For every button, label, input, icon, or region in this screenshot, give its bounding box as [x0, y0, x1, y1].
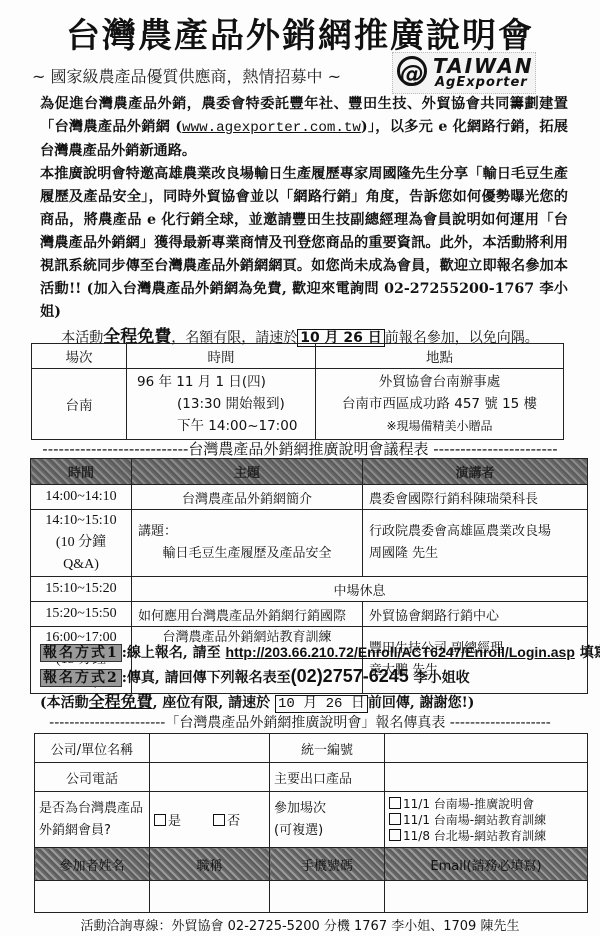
member-question-label: 是否為台灣農產品外銷網會員? — [35, 792, 150, 848]
intro-paragraph-2: 本推廣說明會特邀高雄農業改良場輸日生產履歷專家周國隆先生分享「輸日毛豆生產履歷及… — [40, 163, 568, 324]
form-heading: -----------------------「台灣農產品外銷網推廣說明會」報名… — [0, 712, 600, 732]
contact-footer: 活動洽詢專線：外貿協會 02-2725-5200 分機 1767 李小姐、170… — [0, 915, 600, 934]
session-table: 場次 時間 地點 台南 96 年 11 月 1 日(四) (13:30 開始報到… — [31, 343, 564, 440]
col-header-email: Email(請務必填寫) — [385, 848, 588, 881]
registration-method-1: 報名方式1:線上報名, 請至 http://203.66.210.72/Enro… — [40, 642, 600, 662]
online-registration-link[interactable]: http://203.66.210.72/Enroll/ACT6247/Enro… — [226, 644, 575, 660]
website-link[interactable]: www.agexporter.com.tw — [182, 120, 361, 136]
table-row: 14:10~15:10(10 分鐘 Q&A) 講題：輸日毛豆生產履歷及產品安全 … — [31, 510, 588, 577]
company-phone-field[interactable] — [150, 763, 270, 792]
logo-text-agexporter: AgExporter — [435, 75, 528, 90]
page-subtitle: ~ 國家級農產品優質供應商，熱情招募中 ~ — [32, 64, 341, 87]
company-name-field[interactable] — [150, 734, 270, 763]
session-option-2[interactable]: 11/1 台南場-網站教育訓練 — [389, 812, 583, 828]
company-phone-label: 公司電話 — [35, 763, 150, 792]
agenda-heading: ---------------------------台灣農產品外銷網推廣說明會… — [0, 438, 600, 459]
tax-id-label: 統一編號 — [270, 734, 385, 763]
session-option-3[interactable]: 11/8 台北場-網站教育訓練 — [389, 828, 583, 844]
session-option-1[interactable]: 11/1 台南場-推廣說明會 — [389, 796, 583, 812]
main-export-field[interactable] — [385, 763, 588, 792]
checkbox-icon — [154, 814, 166, 826]
session-label: 參加場次 — [274, 798, 380, 820]
col-header-location: 地點 — [316, 344, 564, 369]
registration-method-2: 報名方式2:傳真, 請回傳下列報名表至(02)2757-6245 李小姐收 — [40, 666, 470, 687]
table-row: 15:20~15:50 如何應用台灣農產品外銷網行銷國際 外貿協會網路行銷中心 — [31, 602, 588, 627]
col-header-topic: 主題 — [132, 459, 363, 485]
checkbox-icon — [389, 797, 401, 809]
table-row — [35, 881, 588, 913]
page-title: 台灣農產品外銷網推廣說明會 — [0, 8, 600, 57]
method-1-tag: 報名方式1 — [40, 644, 122, 662]
table-row: 台南 96 年 11 月 1 日(四) (13:30 開始報到) 下午 14:0… — [32, 369, 564, 440]
fax-number: (02)2757-6245 — [291, 666, 409, 686]
tax-id-field[interactable] — [385, 734, 588, 763]
table-row: 15:10~15:20 中場休息 — [31, 577, 588, 602]
registration-form: 公司/單位名稱 統一編號 公司電話 主要出口產品 是否為台灣農產品外銷網會員? … — [34, 733, 588, 913]
email-field[interactable] — [385, 881, 588, 913]
session-sublabel: (可複選) — [274, 820, 380, 842]
venue-cell: 台南 — [32, 369, 127, 440]
checkbox-icon — [389, 813, 401, 825]
company-name-label: 公司/單位名稱 — [35, 734, 150, 763]
checkbox-icon — [389, 829, 401, 841]
intro-paragraph-1: 為促進台灣農產品外銷，農委會特委託豐年社、豐田生技、外貿協會共同籌劃建置「台灣農… — [40, 93, 568, 163]
attendee-name-field[interactable] — [35, 881, 150, 913]
col-header-time: 時間 — [127, 344, 316, 369]
member-yes-checkbox[interactable]: 是 — [154, 814, 181, 829]
job-title-field[interactable] — [150, 881, 270, 913]
taiwan-agexporter-logo: @ TAIWAN AgExporter — [392, 52, 536, 94]
registration-note: (本活動全程免費, 座位有限, 請速於 10 月 26 日前回傳, 謝謝您!) — [40, 689, 474, 712]
deadline-box: 10 月 26 日 — [275, 695, 368, 713]
method-2-tag: 報名方式2 — [40, 669, 122, 687]
col-header-time: 時間 — [31, 459, 132, 485]
checkbox-icon — [213, 814, 225, 826]
col-header-attendee-name: 參加者姓名 — [35, 848, 150, 881]
col-header-mobile: 手機號碼 — [270, 848, 385, 881]
col-header-speaker: 演講者 — [363, 459, 588, 485]
location-cell: 外貿協會台南辦事處 台南市西區成功路 457 號 15 樓 ※現場備精美小贈品 — [316, 369, 564, 440]
main-export-label: 主要出口產品 — [270, 763, 385, 792]
table-row: 14:00~14:10 台灣農產品外銷網簡介 農委會國際行銷科陳瑞榮科長 — [31, 485, 588, 510]
col-header-job-title: 職稱 — [150, 848, 270, 881]
mobile-field[interactable] — [270, 881, 385, 913]
col-header-venue: 場次 — [32, 344, 127, 369]
time-cell: 96 年 11 月 1 日(四) (13:30 開始報到) 下午 14:00~1… — [127, 369, 316, 440]
member-no-checkbox[interactable]: 否 — [213, 814, 240, 829]
at-sign-icon: @ — [397, 56, 427, 86]
